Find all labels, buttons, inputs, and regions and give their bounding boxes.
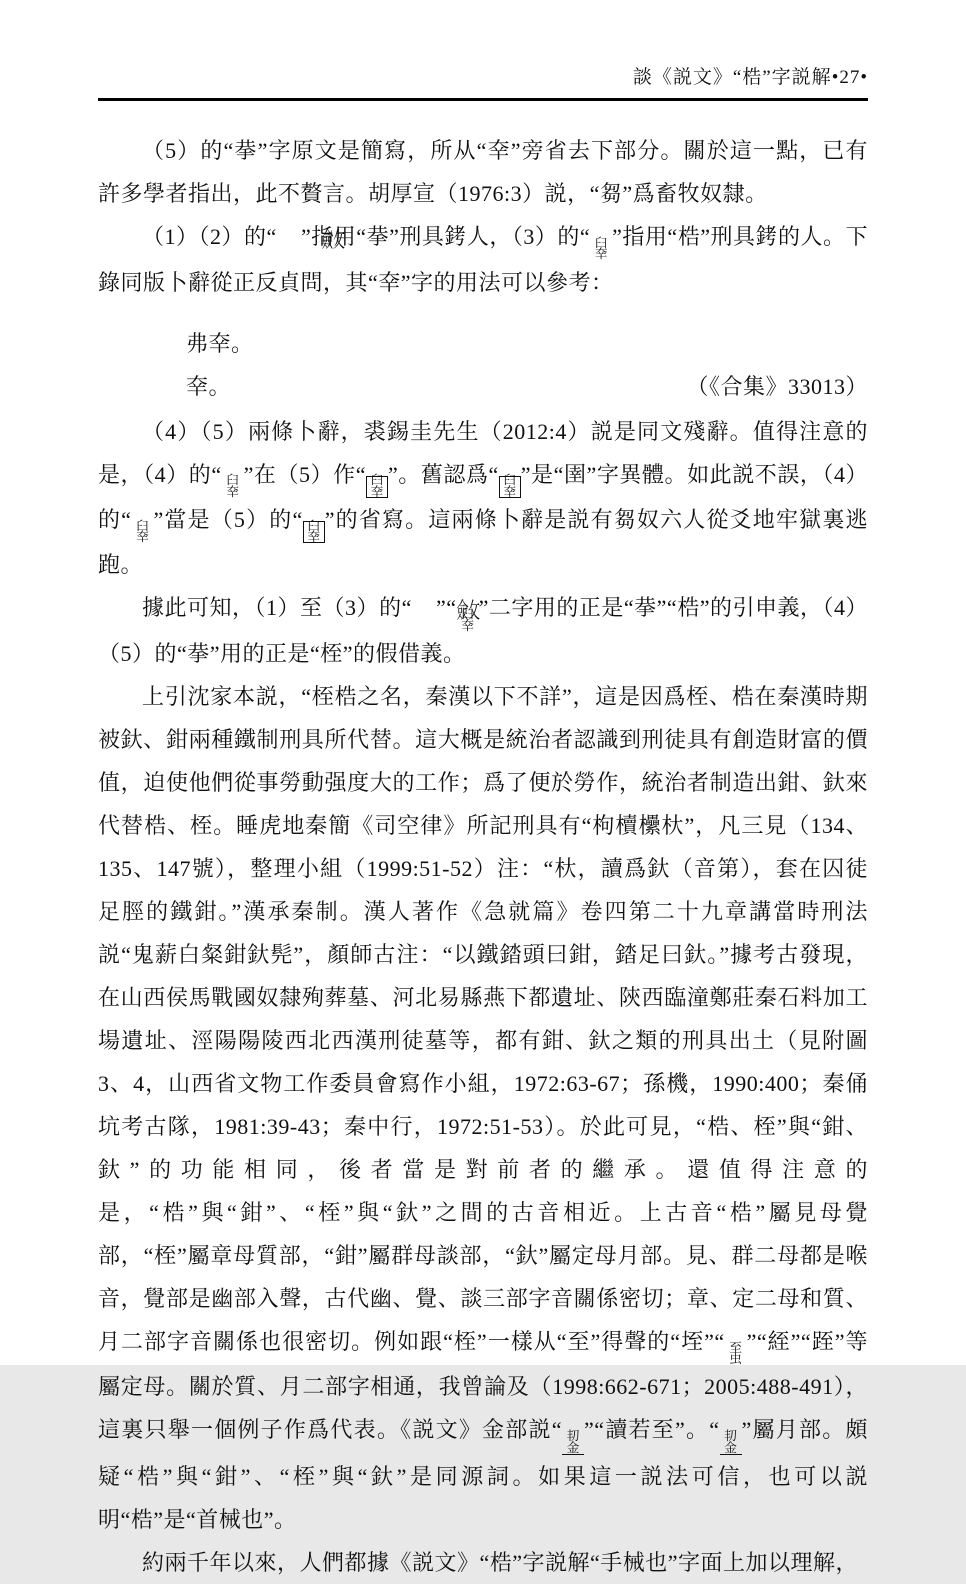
paragraph: （5）的“拲”字原文是簡寫，所从“㚔”旁省去下部分。關於這一點，已有許多學者指出… xyxy=(98,129,868,215)
rare-glyph-boxed_noun_graph: 臼㚔 xyxy=(499,476,521,498)
header-rule xyxy=(98,98,868,101)
rare-glyph-qie_jin: 㓞金 xyxy=(562,1432,584,1455)
paragraph: 約兩千年以來，人們都據《説文》“梏”字説解“手械也”字面上加以理解， xyxy=(98,1541,868,1584)
rare-glyph-boxed_noun_graph: 臼㚔 xyxy=(366,476,388,498)
paragraph: 上引沈家本説，“桎梏之名，秦漢以下不詳”，這是因爲桎、梏在秦漢時期被釱、鉗兩種鐵… xyxy=(98,675,868,1541)
paragraph: （1）（2）的“僉攵”指用“拲”刑具銬人，（3）的“臼㚔”指用“梏”刑具銬的人。… xyxy=(98,215,868,304)
quote-line: 㚔。 （《合集》33013） xyxy=(98,365,868,408)
oracle-inscription-quote: 弗㚔。 㚔。 （《合集》33013） xyxy=(98,322,868,408)
rare-glyph-verb_graph: 僉攵 xyxy=(268,218,310,261)
paragraph: 據此可知，（1）至（3）的“僉攵”“臼㚔”二字用的正是“拲”“梏”的引申義，（4… xyxy=(98,586,868,675)
quote-citation: （《合集》33013） xyxy=(686,365,868,408)
rare-glyph-verb_graph: 僉攵 xyxy=(403,589,445,632)
quote-line-text: 弗㚔。 xyxy=(186,331,254,356)
paragraph: （4）（5）兩條卜辭，裘錫圭先生（2012:4）説是同文殘辭。值得注意的是，（4… xyxy=(98,410,868,587)
rare-glyph-zhi_bug: 至虫 xyxy=(725,1343,747,1365)
paragraphs-after-quote: （4）（5）兩條卜辭，裘錫圭先生（2012:4）説是同文殘辭。值得注意的是，（4… xyxy=(98,410,868,1584)
running-head: 談《説文》“梏”字説解 •27• xyxy=(98,62,868,98)
paper-page: 談《説文》“梏”字説解 •27• （5）的“拲”字原文是簡寫，所从“㚔”旁省去下… xyxy=(0,0,966,1365)
rare-glyph-noun_graph: 臼㚔 xyxy=(222,476,244,498)
rare-glyph-noun_graph: 臼㚔 xyxy=(131,521,153,543)
rare-glyph-boxed_noun_graph: 臼㚔 xyxy=(303,521,325,543)
article-body: （5）的“拲”字原文是簡寫，所从“㚔”旁省去下部分。關於這一點，已有許多學者指出… xyxy=(98,129,868,1584)
paragraphs-before-quote: （5）的“拲”字原文是簡寫，所从“㚔”旁省去下部分。關於這一點，已有許多學者指出… xyxy=(98,129,868,304)
running-head-title: 談《説文》“梏”字説解 xyxy=(633,62,832,89)
quote-line: 弗㚔。 xyxy=(98,322,868,365)
rare-glyph-qie_jin: 㓞金 xyxy=(720,1432,742,1455)
running-head-page-number: •27• xyxy=(832,67,868,89)
rare-glyph-noun_graph: 臼㚔 xyxy=(590,238,612,260)
quote-line-text: 㚔。 xyxy=(186,365,231,408)
